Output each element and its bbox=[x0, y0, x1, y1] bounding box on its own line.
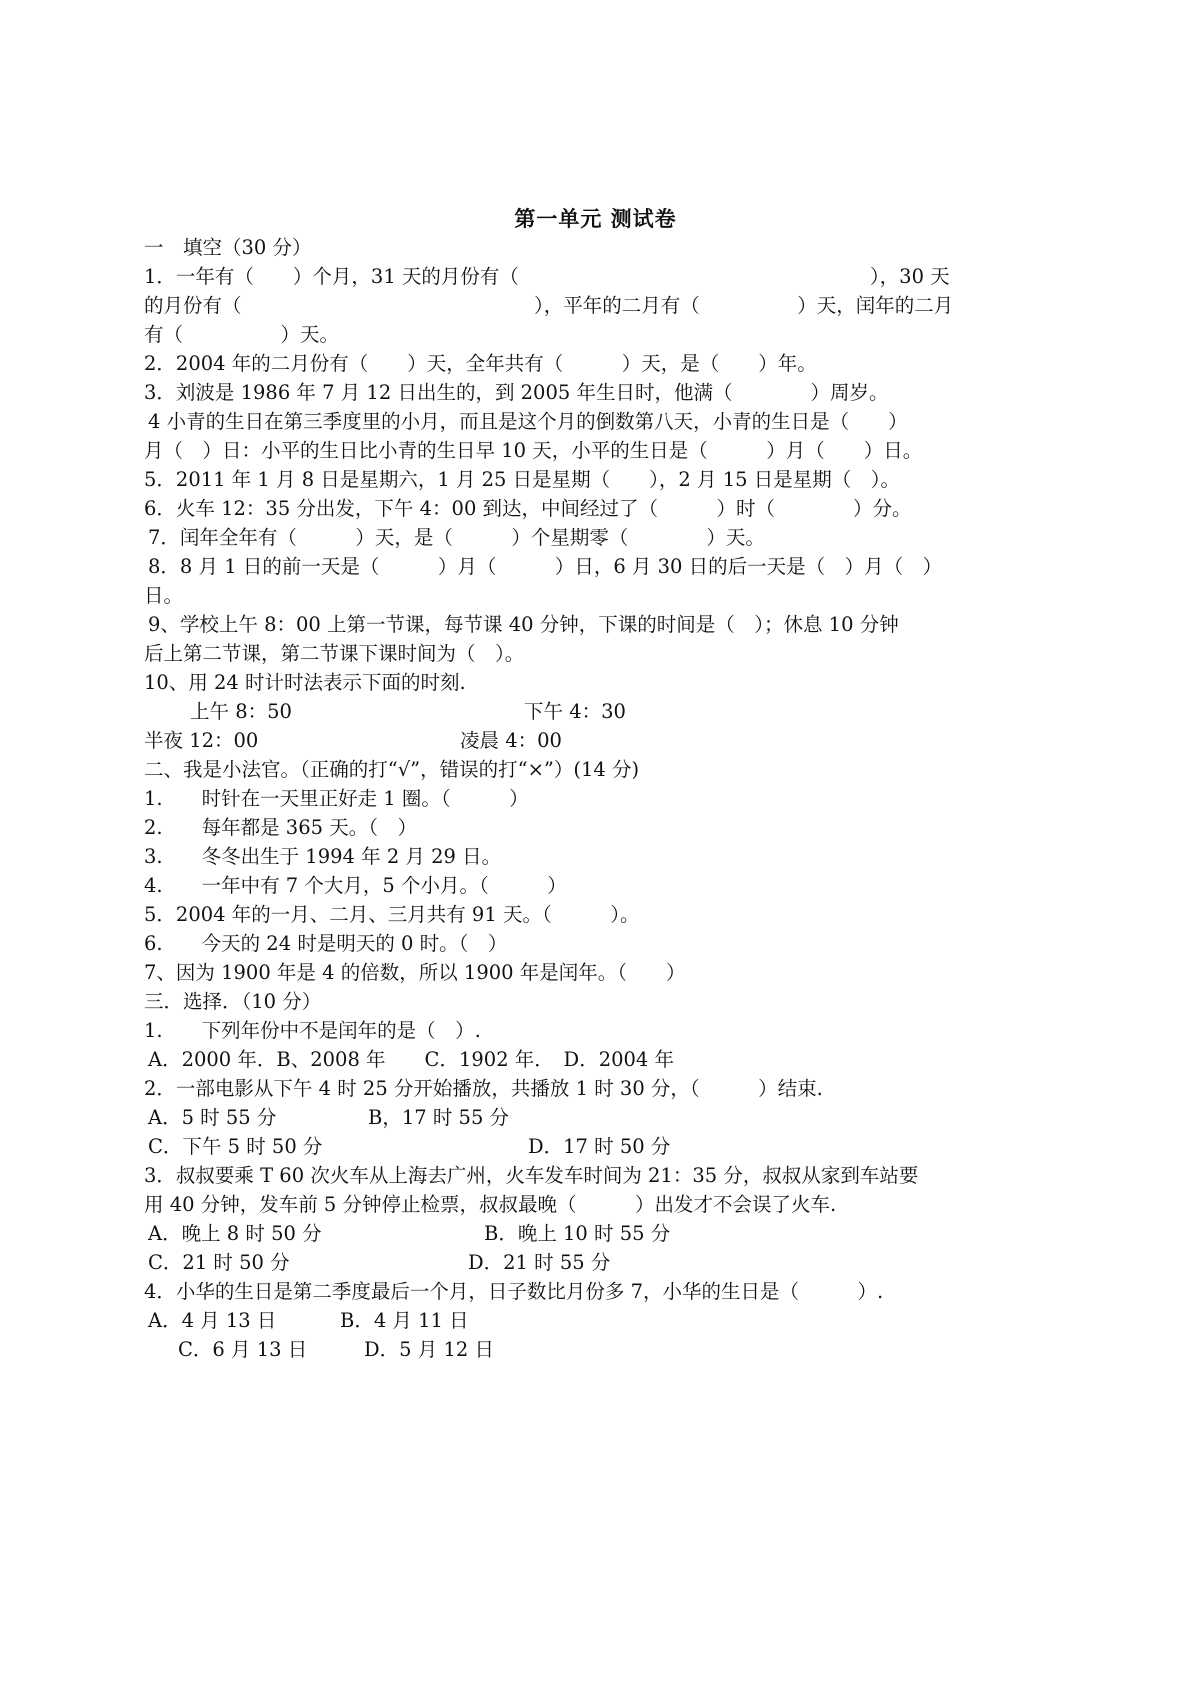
fill-q1-line1: 1．一年有（ ）个月，31 天的月份有（ ），30 天 bbox=[144, 262, 950, 291]
choice-q4-option-d: D．5 月 12 日 bbox=[364, 1335, 494, 1364]
choice-q4-stem: 4．小华的生日是第二季度最后一个月，日子数比月份多 7，小华的生日是（ ）. bbox=[144, 1277, 883, 1306]
fill-q5: 5．2011 年 1 月 8 日是星期六，1 月 25 日是星期（ ），2 月 … bbox=[144, 465, 900, 494]
page-title: 第一单元 测试卷 bbox=[0, 203, 1191, 233]
choice-q4-option-c: C．6 月 13 日 bbox=[178, 1335, 307, 1364]
fill-q1-line2: 的月份有（ ），平年的二月有（ ）天，闰年的二月 bbox=[144, 291, 953, 320]
exam-page: 第一单元 测试卷 一 填空（30 分） 1．一年有（ ）个月，31 天的月份有（… bbox=[0, 0, 1191, 1684]
choice-q4-option-b: B．4 月 11 日 bbox=[340, 1306, 469, 1335]
judge-item-1: 1. 时针在一天里正好走 1 圈。（ ） bbox=[144, 784, 529, 813]
fill-q9-line1: 9、学校上午 8：00 上第一节课，每节课 40 分钟，下课的时间是（ ）；休息… bbox=[148, 610, 899, 639]
fill-q10: 10、用 24 时计时法表示下面的时刻. bbox=[144, 668, 466, 697]
choice-q3-option-b: B．晚上 10 时 55 分 bbox=[484, 1219, 670, 1248]
fill-q8-line2: 日。 bbox=[144, 581, 183, 610]
choice-q3-stem-line1: 3．叔叔要乘 T 60 次火车从上海去广州，火车发车时间为 21：35 分，叔叔… bbox=[144, 1161, 918, 1190]
fill-q8-line1: 8．8 月 1 日的前一天是（ ）月（ ）日，6 月 30 日的后一天是（ ）月… bbox=[148, 552, 942, 581]
judge-item-5: 5．2004 年的一月、二月、三月共有 91 天。（ ）。 bbox=[144, 900, 639, 929]
choice-q2-option-b: B，17 时 55 分 bbox=[368, 1103, 509, 1132]
fill-q1-line3: 有（ ）天。 bbox=[144, 320, 339, 349]
choice-q2-option-a: A．5 时 55 分 bbox=[148, 1103, 276, 1132]
choice-q1-options: A．2000 年．B、2008 年 C．1902 年． D．2004 年 bbox=[148, 1045, 674, 1074]
section-heading-choice: 三．选择．（10 分） bbox=[144, 987, 321, 1016]
choice-q2-option-d: D．17 时 50 分 bbox=[528, 1132, 670, 1161]
choice-q2-option-c: C．下午 5 时 50 分 bbox=[148, 1132, 322, 1161]
fill-q4-line1: 4 小青的生日在第三季度里的小月，而且是这个月的倒数第八天，小青的生日是（ ） bbox=[148, 407, 908, 436]
judge-item-3: 3. 冬冬出生于 1994 年 2 月 29 日。 bbox=[144, 842, 501, 871]
choice-q3-stem-line2: 用 40 分钟，发车前 5 分钟停止检票，叔叔最晚（ ）出发才不会误了火车. bbox=[144, 1190, 836, 1219]
fill-q6: 6．火车 12：35 分出发，下午 4：00 到达，中间经过了（ ）时（ ）分。 bbox=[144, 494, 912, 523]
choice-q1-stem: 1. 下列年份中不是闰年的是（ ）. bbox=[144, 1016, 481, 1045]
choice-q4-option-a: A．4 月 13 日 bbox=[148, 1306, 276, 1335]
time-dawn-400: 凌晨 4：00 bbox=[460, 726, 562, 755]
fill-q9-line2: 后上第二节课，第二节课下课时间为（ ）。 bbox=[144, 639, 524, 668]
choice-q2-stem: 2．一部电影从下午 4 时 25 分开始播放，共播放 1 时 30 分，（ ）结… bbox=[144, 1074, 823, 1103]
fill-q2: 2．2004 年的二月份有（ ）天，全年共有（ ）天，是（ ）年。 bbox=[144, 349, 817, 378]
judge-item-4: 4. 一年中有 7 个大月，5 个小月。（ ） bbox=[144, 871, 567, 900]
judge-item-7: 7、因为 1900 年是 4 的倍数，所以 1900 年是闰年。（ ） bbox=[144, 958, 686, 987]
fill-q4-line2: 月（ ）日：小平的生日比小青的生日早 10 天，小平的生日是（ ）月（ ）日。 bbox=[144, 436, 922, 465]
time-pm-430: 下午 4：30 bbox=[524, 697, 626, 726]
time-midnight-1200: 半夜 12：00 bbox=[144, 726, 258, 755]
choice-q3-option-d: D．21 时 55 分 bbox=[468, 1248, 610, 1277]
section-heading-fill: 一 填空（30 分） bbox=[144, 233, 312, 262]
choice-q3-option-a: A．晚上 8 时 50 分 bbox=[148, 1219, 322, 1248]
time-am-850: 上午 8：50 bbox=[190, 697, 292, 726]
judge-item-2: 2. 每年都是 365 天。（ ） bbox=[144, 813, 417, 842]
fill-q7: 7．闰年全年有（ ）天，是（ ）个星期零（ ）天。 bbox=[148, 523, 765, 552]
choice-q3-option-c: C．21 时 50 分 bbox=[148, 1248, 290, 1277]
fill-q3: 3．刘波是 1986 年 7 月 12 日出生的，到 2005 年生日时，他满（… bbox=[144, 378, 888, 407]
judge-item-6: 6. 今天的 24 时是明天的 0 时。（ ） bbox=[144, 929, 507, 958]
section-heading-judge: 二、我是小法官。（正确的打“√”，错误的打“×”）(14 分) bbox=[144, 755, 639, 784]
